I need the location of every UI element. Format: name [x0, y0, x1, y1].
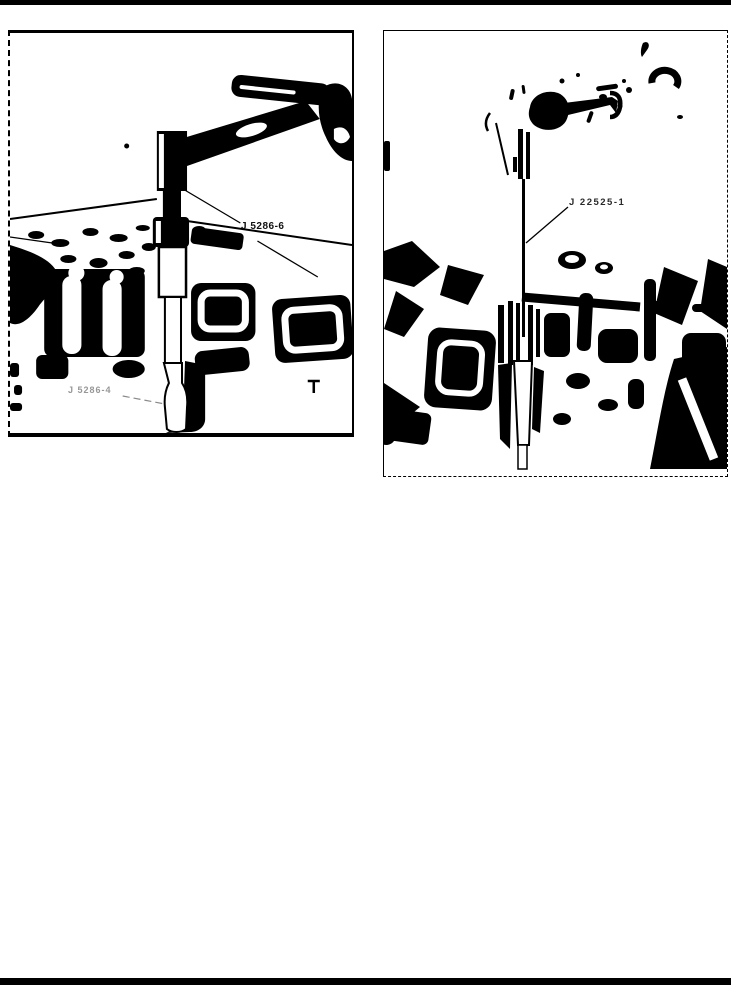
bottom-rule	[0, 978, 731, 985]
figure-right-photo: J 22525-1	[383, 30, 728, 477]
figure-left-photo: J 5286-6 J 5286-4	[8, 30, 354, 437]
top-rule	[0, 0, 731, 5]
callout-j22525-1: J 22525-1	[569, 197, 625, 208]
right-photo-artwork	[384, 31, 727, 476]
callout-j5286-6: J 5286-6	[241, 221, 284, 232]
callout-j5286-4: J 5286-4	[68, 385, 112, 395]
left-photo-artwork	[10, 33, 352, 433]
scanned-manual-page: J 5286-6 J 5286-4	[0, 0, 731, 988]
